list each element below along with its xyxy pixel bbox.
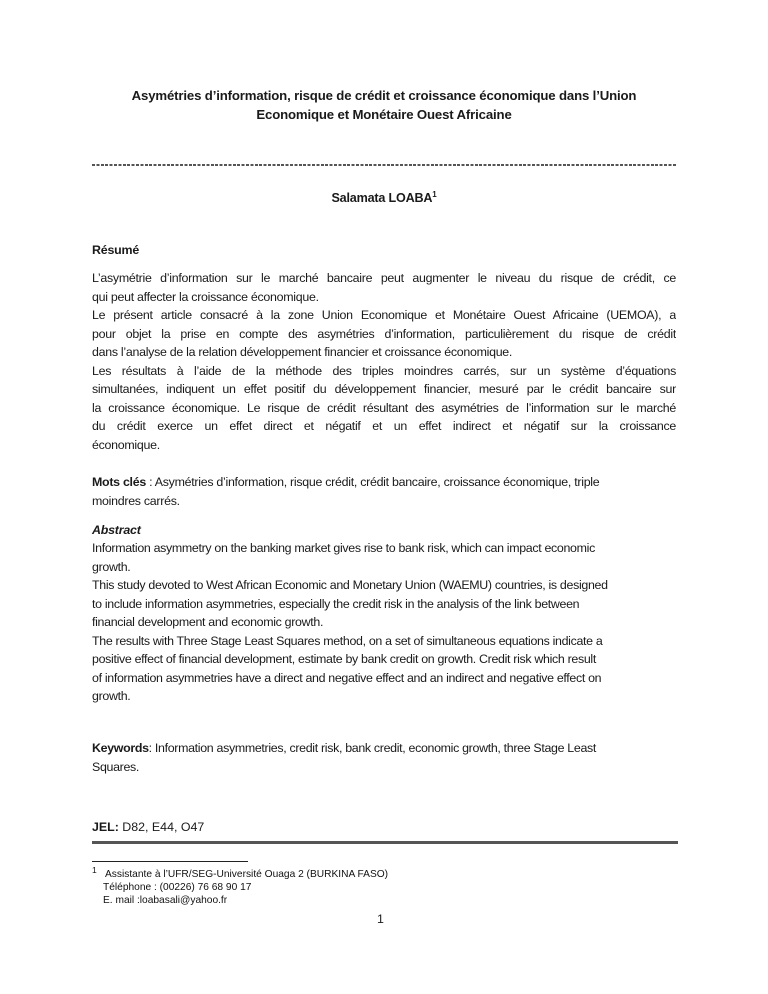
- jel-values: D82, E44, O47: [119, 820, 204, 834]
- page-number: 1: [377, 911, 384, 927]
- abstract-line: The results with Three Stage Least Squar…: [92, 632, 676, 651]
- abstract-paragraph: Information asymmetry on the banking mar…: [92, 539, 676, 706]
- abstract-line: to include information asymmetries, espe…: [92, 595, 676, 614]
- jel-label: JEL:: [92, 820, 119, 834]
- author-footnote-ref[interactable]: 1: [432, 190, 436, 199]
- abstract-line: positive effect of financial development…: [92, 650, 676, 669]
- resume-line: Les résultats à l’aide de la méthode des…: [92, 362, 676, 381]
- resume-line: économique.: [92, 436, 676, 455]
- footnote-mark: 1: [92, 864, 97, 877]
- keywords-line-2: Squares.: [92, 758, 676, 777]
- footnote: 1 Assistante à l’UFR/SEG-Université Ouag…: [92, 866, 388, 907]
- keywords-label: Keywords: [92, 741, 149, 755]
- author: Salamata LOABA1: [0, 190, 768, 206]
- document-page: Asymétries d’information, risque de créd…: [0, 0, 768, 994]
- abstract-line: growth.: [92, 687, 676, 706]
- jel-codes: JEL: D82, E44, O47: [92, 818, 204, 836]
- keywords: Keywords: Information asymmetries, credi…: [92, 739, 676, 776]
- resume-paragraph: L’asymétrie d’information sur le marché …: [92, 269, 676, 454]
- resume-line: simultanées, indiquent un effet positif …: [92, 380, 676, 399]
- footnote-email: E. mail :loabasali@yahoo.fr: [92, 894, 388, 907]
- section-rule: [92, 841, 678, 844]
- paper-title: Asymétries d’information, risque de créd…: [60, 86, 708, 124]
- abstract-section: Abstract: [92, 521, 676, 540]
- keywords-text: : Information asymmetries, credit risk, …: [149, 741, 596, 755]
- resume-section: Résumé: [92, 241, 676, 260]
- resume-line: Le présent article consacré à la zone Un…: [92, 306, 676, 325]
- title-line-2: Economique et Monétaire Ouest Africaine: [60, 105, 708, 124]
- dashed-separator: [92, 164, 676, 166]
- abstract-line: of information asymmetries have a direct…: [92, 669, 676, 688]
- footnote-phone: Téléphone : (00226) 76 68 90 17: [92, 881, 388, 894]
- resume-line: qui peut affecter la croissance économiq…: [92, 288, 676, 307]
- title-line-1: Asymétries d’information, risque de créd…: [60, 86, 708, 105]
- mots-cles-text: : Asymétries d’information, risque crédi…: [146, 475, 599, 489]
- resume-heading: Résumé: [92, 241, 676, 260]
- resume-line: du crédit exerce un effet direct et néga…: [92, 417, 676, 436]
- abstract-line: financial development and economic growt…: [92, 613, 676, 632]
- resume-line: la croissance économique. Le risque de c…: [92, 399, 676, 418]
- resume-line: L’asymétrie d’information sur le marché …: [92, 269, 676, 288]
- footnote-separator: [92, 861, 248, 862]
- mots-cles: Mots clés : Asymétries d’information, ri…: [92, 473, 676, 510]
- resume-line: pour objet la prise en compte des asymét…: [92, 325, 676, 344]
- mots-cles-label: Mots clés: [92, 475, 146, 489]
- abstract-line: This study devoted to West African Econo…: [92, 576, 676, 595]
- mots-cles-line-2: moindres carrés.: [92, 492, 676, 511]
- abstract-line: growth.: [92, 558, 676, 577]
- author-name: Salamata LOABA: [331, 191, 432, 205]
- abstract-line: Information asymmetry on the banking mar…: [92, 539, 676, 558]
- abstract-heading: Abstract: [92, 521, 676, 540]
- resume-line: dans l’analyse de la relation développem…: [92, 343, 676, 362]
- footnote-affiliation: Assistante à l’UFR/SEG-Université Ouaga …: [92, 866, 388, 881]
